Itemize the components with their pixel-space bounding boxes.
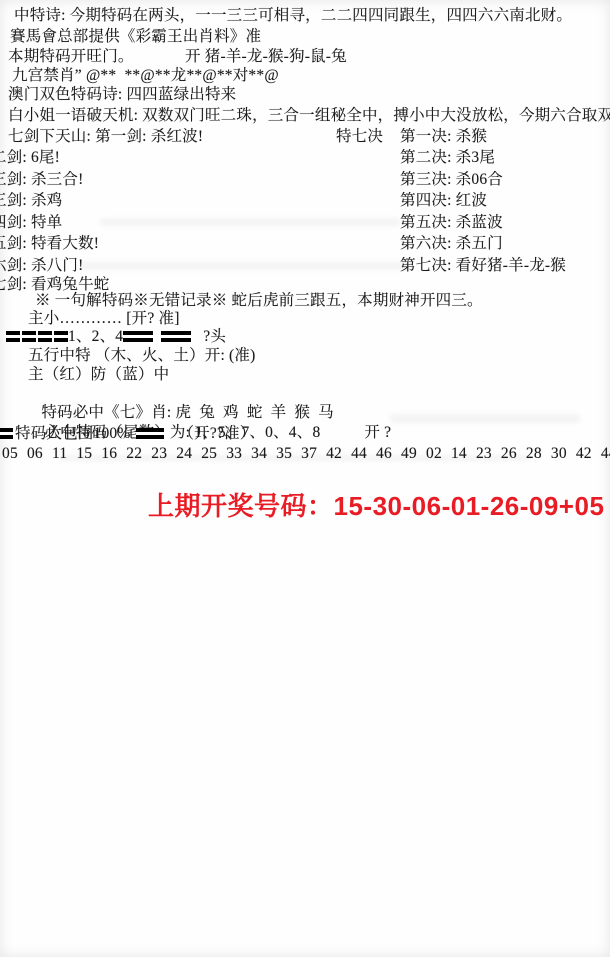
tails-suffix: 开 ? bbox=[364, 423, 391, 442]
sword-row-1: 二剑: 6尾! bbox=[0, 148, 60, 167]
sword-row-4: 四剑: 特单 bbox=[0, 213, 62, 232]
baowei-suffix: （开??准） bbox=[178, 424, 255, 443]
decision-7: 第七决: 看好猪-羊-龙-猴 bbox=[400, 256, 566, 275]
wangmen-label: 本期特码开旺门。 bbox=[8, 47, 134, 66]
zhufang-line: 主（红）防（蓝）中 bbox=[28, 365, 169, 384]
redaction-bar bbox=[123, 331, 153, 342]
decision-2: 第二决: 杀3尾 bbox=[400, 148, 495, 167]
seven-swords-intro: 七剑下天山: 第一剑: 杀红波! bbox=[8, 127, 203, 146]
lottery-tip-sheet: 中特诗: 今期特码在两头，一一三三可相寻，二二四四同跟生，四四六六南北财。 賽馬… bbox=[0, 0, 610, 957]
jockey-club-line: 賽馬會总部提供《彩霸王出肖料》准 bbox=[10, 27, 261, 46]
decision-5: 第五决: 杀蓝波 bbox=[400, 213, 503, 232]
decision-4: 第四决: 红波 bbox=[400, 191, 487, 210]
seven-decisions-title: 特七决 bbox=[336, 127, 383, 146]
sword-row-3: 三剑: 杀鸡 bbox=[0, 191, 62, 210]
redaction-bar bbox=[161, 331, 191, 342]
decision-6: 第六决: 杀五门 bbox=[400, 234, 503, 253]
redacted-suffix: ?头 bbox=[203, 327, 226, 346]
scan-artifact bbox=[80, 262, 410, 270]
scan-artifact bbox=[390, 414, 580, 423]
baixiaojie-line: 白小姐一语破天机: 双数双门旺二珠，三合一组秘全中，搏小中大没放松，今期六合取双 bbox=[8, 106, 610, 125]
decision-1: 第一决: 杀猴 bbox=[400, 127, 487, 146]
sword-row-5: 五剑: 特看大数! bbox=[0, 234, 99, 253]
sword-row-6: 六剑: 杀八门! bbox=[0, 256, 83, 275]
five-elements-line: 五行中特 （木、火、土）开: (准) bbox=[28, 346, 255, 365]
macau-poem-line: 澳门双色特码诗: 四四蓝绿出特来 bbox=[8, 85, 236, 104]
jiugong-forbidden-line: 九宫禁肖” @** **@**龙**@**对**@ bbox=[12, 66, 279, 85]
one-sentence-note: ※ 一句解特码※无错记录※ 蛇后虎前三跟五，本期财神开四三。 bbox=[35, 291, 483, 310]
redaction-bar bbox=[38, 331, 52, 342]
sword-row-2: 三剑: 杀三合! bbox=[0, 170, 83, 189]
zhuxiao-line: 主小………… [开? 准] bbox=[28, 309, 180, 328]
redaction-bar bbox=[136, 428, 164, 439]
baowei-label: 特码大包围100% bbox=[15, 424, 130, 443]
redaction-bar bbox=[22, 331, 36, 342]
decision-3: 第三决: 杀06合 bbox=[400, 170, 503, 189]
redaction-bar bbox=[54, 331, 68, 342]
redaction-bar bbox=[6, 331, 20, 342]
wangmen-animals: 开 猪-羊-龙-猴-狗-鼠-兔 bbox=[185, 47, 347, 66]
coverage-numbers: 05 06 11 15 16 22 23 24 25 33 34 35 37 4… bbox=[2, 444, 610, 463]
baowei-line: 特码大包围100%（开??准） bbox=[0, 424, 255, 443]
scan-artifact bbox=[100, 218, 400, 226]
special-code-poem: 中特诗: 今期特码在两头，一一三三可相寻，二二四四同跟生，四四六六南北财。 bbox=[14, 6, 572, 25]
redaction-bar bbox=[0, 428, 13, 439]
last-draw-result: 上期开奖号码：15-30-06-01-26-09+05 bbox=[148, 486, 604, 523]
redacted-numbers: 1、2、4 bbox=[68, 327, 123, 346]
redacted-heads-line: 1、2、4?头 bbox=[6, 327, 226, 346]
